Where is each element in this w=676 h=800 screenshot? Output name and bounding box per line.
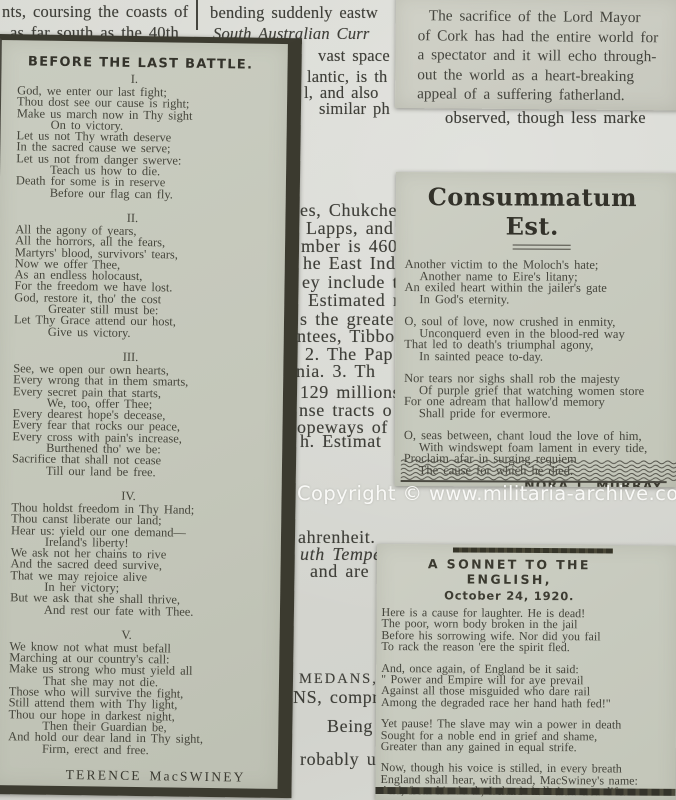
sonnet-clipping: A SONNET TO THE ENGLISH, October 24, 192… bbox=[375, 544, 676, 800]
newsprint-fragment: nia. 3. Th bbox=[296, 361, 376, 382]
clipping-line: of Cork has had the entire world for bbox=[418, 26, 676, 48]
newsprint-fragment: robably u bbox=[300, 749, 376, 770]
clipping-line: The sacrifice of the Lord Mayor bbox=[418, 6, 676, 28]
newsprint-fragment: nts, coursing the coasts of bbox=[2, 2, 188, 22]
poem-lines: I.God, we enter our last fight;Thou dost… bbox=[8, 71, 282, 783]
clipping-line: appeal of a suffering fatherland. bbox=[417, 84, 676, 106]
newsprint-fragment: similar ph bbox=[319, 99, 390, 119]
newsprint-fragment: observed, though less marke bbox=[445, 108, 646, 128]
lord-mayor-clipping: The sacrifice of the Lord Mayorof Cork h… bbox=[395, 0, 676, 110]
scrapbook-photo: nts, coursing the coasts ofas far south … bbox=[0, 0, 676, 800]
clipping-text: The sacrifice of the Lord Mayorof Cork h… bbox=[417, 6, 676, 106]
newsprint-fragment: MEDANS, bbox=[299, 671, 378, 688]
newsprint-fragment: Estimated r bbox=[308, 290, 400, 311]
newsprint-fragment: vast space bbox=[318, 46, 390, 66]
poem-line: In sainted peace to-day. bbox=[404, 351, 676, 364]
sonnet-title: A SONNET TO THE ENGLISH, bbox=[382, 556, 637, 588]
consummatum-title: Consummatum Est. bbox=[405, 182, 660, 241]
newsprint-fragment: h. Estimat bbox=[300, 431, 382, 452]
poem-line: To rack the reason 'ere the spirit fled. bbox=[381, 641, 676, 654]
watermark-text: Copyright © www.militaria-archive.com bbox=[297, 482, 676, 505]
poem-line: Till our land be free. bbox=[12, 465, 276, 480]
clipping-line: a spectator and it will echo through- bbox=[417, 45, 676, 67]
top-border-bar bbox=[453, 547, 613, 553]
poem-line: Firm, erect and free. bbox=[8, 743, 272, 758]
poem-title: BEFORE THE LAST BATTLE. bbox=[18, 54, 264, 72]
poem-line: Shall pride for evermore. bbox=[404, 408, 676, 421]
title-rule bbox=[512, 245, 570, 250]
newsprint-fragment: he East Ind bbox=[303, 253, 396, 274]
clipping-line: out the world as a heart-breaking bbox=[417, 65, 676, 87]
column-rule bbox=[196, 0, 198, 30]
poem-line: TERENCE MacSWINEY bbox=[8, 768, 272, 783]
consummatum-lines: Another victim to the Moloch's hate;Anot… bbox=[404, 259, 676, 487]
wavy-divider bbox=[401, 459, 676, 481]
sonnet-date: October 24, 1920. bbox=[382, 588, 637, 604]
poem-line: In God's eternity. bbox=[404, 294, 676, 307]
poem-line: Before our flag can fly. bbox=[16, 187, 280, 202]
sonnet-lines: Here is a cause for laughter. He is dead… bbox=[380, 607, 676, 798]
poem-line: Greater than any gained in equal strife. bbox=[381, 741, 676, 754]
consummatum-est-clipping: Consummatum Est. Another victim to the M… bbox=[395, 172, 676, 487]
poem-line: Give us victory. bbox=[14, 326, 278, 341]
poem-line: Among the degraded race her hand hath fe… bbox=[381, 697, 676, 710]
newsprint-fragment: bending suddenly eastw bbox=[210, 3, 378, 23]
poem-clipping-before-the-last-battle: BEFORE THE LAST BATTLE. I.God, we enter … bbox=[0, 34, 302, 798]
poem-line: And rest our fate with Thee. bbox=[10, 604, 274, 619]
